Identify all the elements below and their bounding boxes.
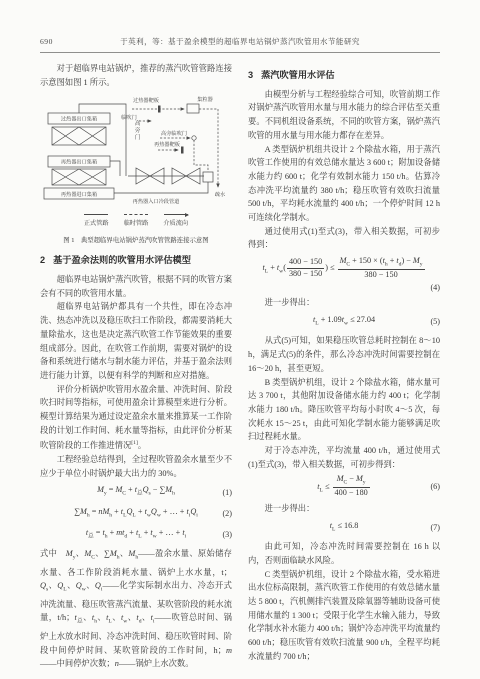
legend-formal-pipe: 正式管路 bbox=[84, 214, 109, 230]
equation-4-relation: ) ≤ bbox=[325, 263, 336, 272]
figure-1-legend: 正式管路 临时管路 介质流向 bbox=[40, 214, 232, 230]
fraction-numerator: 400 − 150 bbox=[287, 257, 324, 269]
hp-bypass-valve-label: 高旁门 bbox=[129, 120, 143, 141]
equation-6-number: (6) bbox=[426, 480, 440, 494]
left-column: 对于超临界电站锅炉，推荐的蒸汽吹管管路连接示意图如图 1 所示。 bbox=[40, 62, 232, 671]
section-3-heading: 3 蒸汽吹管用水评估 bbox=[248, 69, 440, 83]
flow-arrow-icon bbox=[164, 214, 188, 215]
valve-symbol bbox=[192, 136, 196, 140]
paragraph: 评价分析锅炉吹管用水盈余量、冲洗时间、阶段吹扫时间等指标，可使用盈余计算模型来进… bbox=[40, 383, 232, 453]
equation-5: tL + 1.09tw ≤ 27.04 (5) bbox=[248, 313, 440, 331]
equation-3-number: (3) bbox=[218, 528, 232, 542]
equation-5-body: tL + 1.09tw ≤ 27.04 bbox=[262, 313, 426, 331]
equation-6: tL ≤ MC − My400 − 180 (6) bbox=[248, 474, 440, 499]
running-title: 于英利，等：基于盈余模型的超临界电站锅炉蒸汽吹管用水节能研究 bbox=[100, 36, 380, 47]
particle-collector-label: 集粒器 bbox=[197, 95, 213, 103]
legend-temporary-pipe: 临时管路 bbox=[124, 214, 149, 230]
equation-4-body: tL + tw(400 − 150380 − 150) ≤ MC + 150 ×… bbox=[248, 256, 440, 281]
legend-medium-flow-label: 介质流向 bbox=[163, 217, 188, 231]
equation-6-body: tL ≤ MC − My400 − 180 bbox=[262, 474, 426, 499]
condenser-box bbox=[203, 172, 213, 182]
equation-3: t总 = th + mtd + tL + tw + … + ti (3) bbox=[40, 526, 232, 544]
nomenclature-paragraph: 式中 My、MC、∑Mh、Mh——盈余水量、原始储存水量、各工作阶段消耗水量、锅… bbox=[40, 547, 232, 671]
intro-paragraph: 对于超临界电站锅炉，推荐的蒸汽吹管管路连接示意图如图 1 所示。 bbox=[40, 62, 232, 89]
equation-4-fraction-1: 400 − 150380 − 150 bbox=[287, 257, 324, 279]
superheater-target-plate-label: 过热器靶板 bbox=[133, 96, 160, 104]
paragraph: 进一步得出： bbox=[248, 502, 440, 516]
figure-1-diagram: 过热器出口集箱 再热器出口集箱 再热器进口集箱 过热器靶板 集粒器 临吹门 高旁… bbox=[40, 93, 232, 213]
superheater-outlet-header-label: 过热器出口集箱 bbox=[61, 115, 97, 123]
fraction-denominator: 380 − 150 bbox=[338, 270, 425, 281]
paragraph: 对于冷态冲洗，平均流量 400 t/h，通过使用式(1)至式(3)，带入相关数据… bbox=[248, 444, 440, 471]
equation-1: My = MC + t总Qs − ∑Mh (1) bbox=[40, 483, 232, 501]
paragraph: 通过使用式(1)至式(3)，带入相关数据，可初步得到： bbox=[248, 225, 440, 252]
header-rule bbox=[40, 52, 440, 53]
reheater-inlet-cold-pipe-label: 再热器入口冷段管道 bbox=[133, 197, 180, 205]
reheater-bundle bbox=[52, 169, 106, 185]
equation-2-number: (2) bbox=[218, 507, 232, 521]
right-column: 3 蒸汽吹管用水评估 由模型分析与工程经验综合可知，吹管前期工作对锅炉蒸汽吹管用… bbox=[248, 62, 440, 671]
equation-4-lhs: tL + tw( bbox=[262, 263, 285, 272]
paragraph: 由模型分析与工程经验综合可知，吹管前期工作对锅炉蒸汽吹管用水量与用水能力的综合评… bbox=[248, 88, 440, 143]
paragraph: 进一步得出： bbox=[248, 296, 440, 310]
equation-3-body: t总 = th + mtd + tL + tw + … + ti bbox=[54, 526, 218, 544]
section-3-number: 3 bbox=[248, 69, 253, 83]
paper-page: 690 于英利，等：基于盈余模型的超临界电站锅炉蒸汽吹管用水节能研究 对于超临界… bbox=[0, 0, 480, 679]
fraction-denominator: 400 − 180 bbox=[333, 488, 370, 499]
equation-5-number: (5) bbox=[426, 315, 440, 329]
page-header: 690 于英利，等：基于盈余模型的超临界电站锅炉蒸汽吹管用水节能研究 bbox=[40, 36, 440, 47]
section-2-number: 2 bbox=[40, 254, 45, 268]
equation-6-lhs: tL ≤ bbox=[317, 482, 331, 491]
paragraph: 由此可知，冷态冲洗时间需要控制在 16 h 以内，否则面临缺水风险。 bbox=[248, 540, 440, 567]
drain-label: 疏水 bbox=[215, 190, 226, 198]
section-3-title: 蒸汽吹管用水评估 bbox=[261, 69, 335, 83]
dashed-line-icon bbox=[124, 214, 148, 215]
paragraph: 从式(5)可知，如果稳压吹管总耗时控制在 8～10 h，满足式(5)的条件，那么… bbox=[248, 334, 440, 375]
superheater-target-plate-symbol bbox=[158, 106, 161, 113]
paragraph: B 类型锅炉机组，设计 2 个除盐水箱，储水量可达 3 700 t，其他附加设备… bbox=[248, 376, 440, 445]
two-column-body: 对于超临界电站锅炉，推荐的蒸汽吹管管路连接示意图如图 1 所示。 bbox=[40, 62, 440, 671]
equation-2: ∑Mh = nMh + tLQL + twQw + … + tiQi (2) bbox=[40, 505, 232, 523]
solid-line-icon bbox=[84, 214, 108, 215]
reheater-target-plate-label: 再热器靶板 bbox=[154, 140, 181, 148]
fraction-numerator: MC − My bbox=[333, 474, 370, 488]
equation-7-body: tL ≤ 16.8 bbox=[262, 519, 426, 537]
paragraph: 工程经验总结得到，全过程吹管盈余水量至少不应少于单位小时锅炉最大出力的 30%。 bbox=[40, 453, 232, 480]
paragraph: C 类型锅炉机组，设计 2 个除盐水箱，受水箱进出水位标高限制，蒸汽吹管工作使用… bbox=[248, 568, 440, 664]
superheater-bundle bbox=[52, 127, 106, 145]
section-2-heading: 2 基于盈余法则的吹管用水评估模型 bbox=[40, 254, 232, 268]
section-2-title: 基于盈余法则的吹管用水评估模型 bbox=[53, 254, 191, 268]
reheater-target-plate-symbol bbox=[181, 147, 184, 154]
figure-1: 过热器出口集箱 再热器出口集箱 再热器进口集箱 过热器靶板 集粒器 临吹门 高旁… bbox=[40, 93, 232, 247]
equation-2-body: ∑Mh = nMh + tLQL + twQw + … + tiQi bbox=[54, 505, 218, 523]
reheater-outlet-header-label: 再热器出口集箱 bbox=[61, 158, 97, 166]
paragraph: A 类型锅炉机组共设计 2 个除盐水箱，用于蒸汽吹管工作使用的有效总储水量达 3… bbox=[248, 143, 440, 225]
fraction-denominator: 380 − 150 bbox=[287, 269, 324, 280]
equation-7-number: (7) bbox=[426, 521, 440, 535]
paragraph: 超临界电站锅炉都具有一个共性，即在冷态冲洗、热态冲洗以及稳压吹扫工作阶段，都需要… bbox=[40, 300, 232, 382]
legend-formal-pipe-label: 正式管路 bbox=[84, 217, 109, 231]
legend-medium-flow: 介质流向 bbox=[163, 214, 188, 230]
equation-1-body: My = MC + t总Qs − ∑Mh bbox=[54, 483, 218, 501]
paragraph: 超临界电站锅炉蒸汽吹管，根据不同的吹管方案会有不同的吹管用水量。 bbox=[40, 273, 232, 300]
fraction-numerator: MC + 150 × (th + td) − My bbox=[338, 256, 425, 270]
equation-6-fraction: MC − My400 − 180 bbox=[333, 474, 370, 499]
page-number: 690 bbox=[40, 37, 100, 46]
equation-4-fraction-2: MC + 150 × (th + td) − My380 − 150 bbox=[338, 256, 425, 281]
reheater-inlet-header-label: 再热器进口集箱 bbox=[61, 190, 97, 198]
equation-1-number: (1) bbox=[218, 486, 232, 500]
equation-7: tL ≤ 16.8 (7) bbox=[248, 519, 440, 537]
figure-1-caption: 图 1 典型超临界电站锅炉蒸汽吹管管路连接示意图 bbox=[40, 234, 232, 248]
equation-4: tL + tw(400 − 150380 − 150) ≤ MC + 150 ×… bbox=[248, 256, 440, 294]
hp-bypass-temporary-blow-valve-label: 高旁临吹门 bbox=[161, 129, 187, 137]
particle-collector-box bbox=[187, 104, 199, 113]
equation-4-number: (4) bbox=[248, 281, 440, 295]
legend-temporary-pipe-label: 临时管路 bbox=[124, 217, 149, 231]
